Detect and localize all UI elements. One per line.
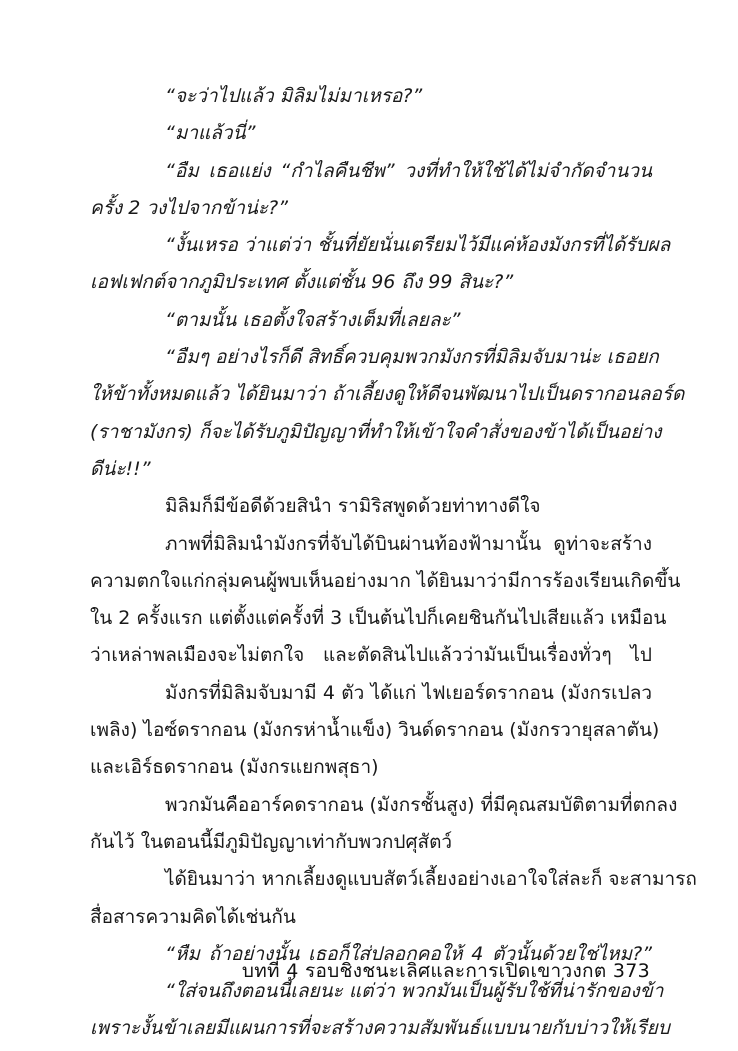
text-line: (ราชามังกร) ก็จะได้รับภูมิปัญญาที่ทำให้เ… (90, 414, 652, 451)
text-line: “มาแล้วนี่” (90, 115, 652, 152)
text-line: เพราะงั้นข้าเลยมีแผนการที่จะสร้างความสัม… (90, 1010, 652, 1047)
text-line: สื่อสารความคิดได้เช่นกัน (90, 899, 652, 936)
text-line: “อืม เธอแย่ง “กำไลคืนชีพ” วงที่ทำให้ใช้ไ… (90, 153, 652, 190)
text-line: “งั้นเหรอ ว่าแต่ว่า ชั้นที่ยัยนั่นเตรียม… (90, 227, 652, 264)
text-line: ใน 2 ครั้งแรก แต่ตั้งแต่ครั้งที่ 3 เป็นต… (90, 600, 652, 637)
body-text: “จะว่าไปแล้ว มิลิมไม่มาเหรอ?” “มาแล้วนี่… (90, 78, 652, 1048)
text-line: และเอิร์ธดรากอน (มังกรแยกพสุธา) (90, 749, 652, 786)
text-line: ภาพที่มิลิมนำมังกรที่จับได้บินผ่านท้องฟ้… (90, 526, 652, 563)
text-line: ให้ข้าทั้งหมดแล้ว ได้ยินมาว่า ถ้าเลี้ยงด… (90, 376, 652, 413)
text-line: “อืมๆ อย่างไรก็ดี สิทธิ์ควบคุมพวกมังกรที… (90, 339, 652, 376)
text-line: มังกรที่มิลิมจับมามี 4 ตัว ได้แก่ ไฟเยอร… (90, 675, 652, 712)
text-line: เพลิง) ไอซ์ดรากอน (มังกรห่าน้ำแข็ง) วินด… (90, 712, 652, 749)
running-footer: บทที่ 4 รอบชิงชนะเลิศและการเปิดเขาวงกต 3… (242, 956, 650, 986)
text-line: พวกมันคืออาร์คดรากอน (มังกรชั้นสูง) ที่ม… (90, 787, 652, 824)
text-line: ครั้ง 2 วงไปจากข้าน่ะ?” (90, 190, 652, 227)
text-line: กันไว้ ในตอนนี้มีภูมิปัญญาเท่ากับพวกปศุส… (90, 824, 652, 861)
text-line: ดีน่ะ!!” (90, 451, 652, 488)
book-page: “จะว่าไปแล้ว มิลิมไม่มาเหรอ?” “มาแล้วนี่… (0, 0, 738, 1051)
text-line: “จะว่าไปแล้ว มิลิมไม่มาเหรอ?” (90, 78, 652, 115)
text-line: “ตามนั้น เธอตั้งใจสร้างเต็มที่เลยละ” (90, 302, 652, 339)
text-line: ว่าเหล่าพลเมืองจะไม่ตกใจ และตัดสินไปแล้ว… (90, 637, 652, 674)
text-line: เอฟเฟกต์จากภูมิประเทศ ตั้งแต่ชั้น 96 ถึง… (90, 264, 652, 301)
text-line: ความตกใจแก่กลุ่มคนผู้พบเห็นอย่างมาก ได้ย… (90, 563, 652, 600)
text-line: ได้ยินมาว่า หากเลี้ยงดูแบบสัตว์เลี้ยงอย่… (90, 861, 652, 898)
text-line: มิลิมก็มีข้อดีด้วยสินำ รามิริสพูดด้วยท่า… (90, 488, 652, 525)
